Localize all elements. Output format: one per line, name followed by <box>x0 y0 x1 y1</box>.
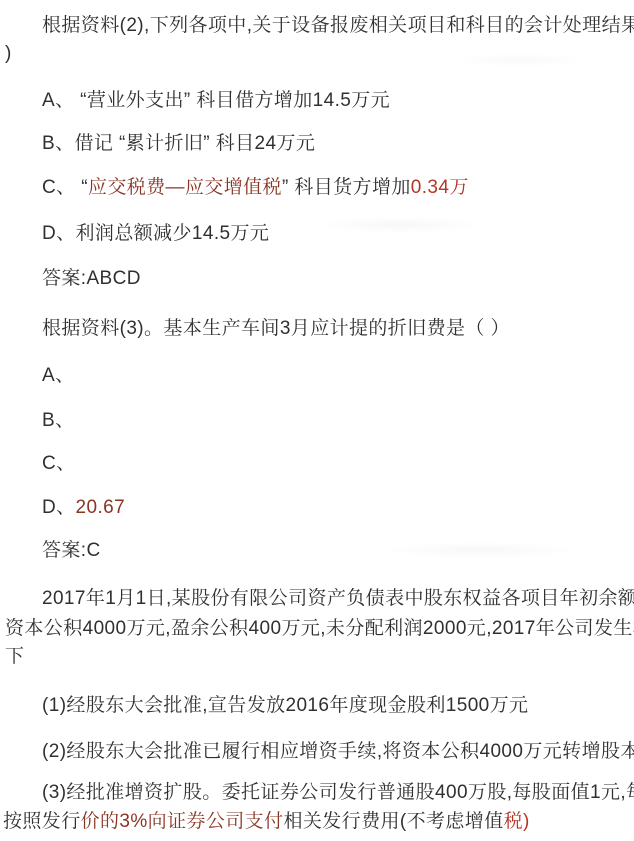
q3-item2: (2)经股东大会批准已履行相应增资手续,将资本公积4000万元转增股本 <box>42 741 634 763</box>
q2-option-d-prefix: D、 <box>42 497 76 518</box>
q1-option-b: B、借记 “累计折旧” 科目24万元 <box>42 133 315 155</box>
q3-intro-line2: 资本公积4000万元,盈余公积400万元,未分配利润2000元,2017年公司发… <box>5 618 634 640</box>
q1-stem-wrap: ) <box>5 43 12 65</box>
q3-item3-line2-seg3: 相关发行费用(不考虑增值 <box>283 811 503 832</box>
q3-item3-line2-seg2: 价的3%向证券公司支付 <box>81 811 284 832</box>
q2-answer: 答案:C <box>42 540 101 562</box>
q2-option-b: B、 <box>42 410 74 432</box>
q2-option-c: C、 <box>42 453 76 475</box>
q2-option-d: D、20.67 <box>42 497 125 519</box>
q1-option-a: A、 “营业外支出” 科目借方增加14.5万元 <box>42 90 390 112</box>
q2-option-d-value: 20.67 <box>76 497 126 518</box>
q3-item3-line2-seg1: 按照发行 <box>3 811 81 832</box>
q1-option-c-prefix: C、 “ <box>42 177 88 198</box>
q1-option-d: D、利润总额减少14.5万元 <box>42 223 269 245</box>
q1-answer: 答案:ABCD <box>42 268 141 290</box>
q1-option-c-amount: 0.34万 <box>411 177 469 198</box>
q1-option-c: C、 “应交税费—应交增值税” 科目货方增加0.34万 <box>42 177 469 199</box>
q1-option-c-account-name: 应交税费—应交增值税 <box>88 177 282 198</box>
document-page: { "colors": { "page_bg": "#ffffff", "tex… <box>0 0 634 841</box>
q2-option-a: A、 <box>42 365 74 387</box>
q1-option-c-mid: ” 科目货方增加 <box>282 177 411 198</box>
q3-item3-line2: 按照发行价的3%向证券公司支付相关发行费用(不考虑增值税) <box>3 811 530 833</box>
q2-stem: 根据资料(3)。基本生产车间3月应计提的折旧费是（ ） <box>42 318 510 340</box>
q3-item1: (1)经股东大会批准,宣告发放2016年度现金股利1500万元 <box>42 695 528 717</box>
q1-stem: 根据资料(2),下列各项中,关于设备报废相关项目和科目的会计处理结果表述正确的是 <box>42 15 634 37</box>
q3-item3-line1: (3)经批准增资扩股。委托证券公司发行普通股400万股,每股面值1元,每股发行价… <box>42 782 634 804</box>
q3-intro-line3: 下 <box>5 646 24 668</box>
q3-item3-line2-seg4: 税) <box>504 811 530 832</box>
exam-document: 根据资料(2),下列各项中,关于设备报废相关项目和科目的会计处理结果表述正确的是… <box>0 0 634 841</box>
q3-intro-line1: 2017年1月1日,某股份有限公司资产负债表中股东权益各项目年初余额为:股本30… <box>42 588 634 610</box>
